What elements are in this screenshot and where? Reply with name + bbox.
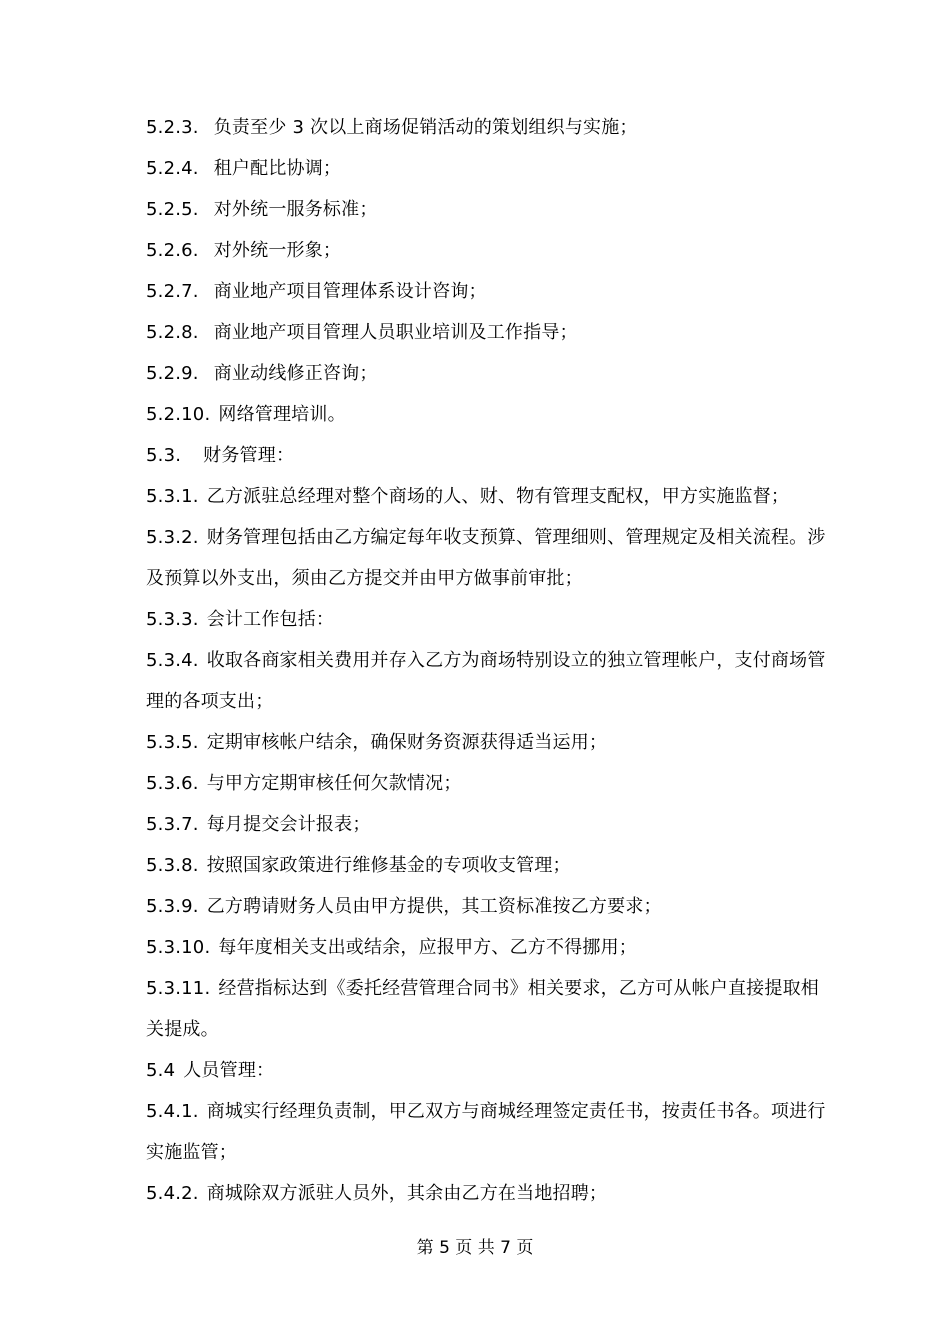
clause-number: 5.2.3. [146,117,199,138]
clause-5-2-10: 5.2.10.网络管理培训。 [146,394,812,435]
clause-number: 5.2.8. [146,322,199,343]
clause-number: 5.3.6. [146,773,199,794]
clause-text: 对外统一形象； [214,240,341,261]
clause-text: 人员管理： [183,1060,274,1081]
document-page: 5.2.3.负责至少 3 次以上商场促销活动的策划组织与实施； 5.2.4.租户… [0,0,950,1344]
clause-text: 负责至少 3 次以上商场促销活动的策划组织与实施； [214,117,638,138]
clause-number: 5.3.9. [146,896,199,917]
clause-number: 5.3. [146,445,181,466]
clause-text: 财务管理： [203,445,294,466]
clause-text: 会计工作包括： [207,609,334,630]
clause-text: 收取各商家相关费用并存入乙方为商场特别设立的独立管理帐户，支付商场管 [207,650,826,671]
clause-number: 5.3.1. [146,486,199,507]
clause-text: 商业地产项目管理体系设计咨询； [214,281,487,302]
clause-text: 乙方派驻总经理对整个商场的人、财、物有管理支配权，甲方实施监督； [207,486,789,507]
clause-number: 5.3.2. [146,527,199,548]
clause-text: 商业地产项目管理人员职业培训及工作指导； [214,322,578,343]
clause-text: 关提成。 [146,1019,219,1040]
clause-5-3-11: 5.3.11.经营指标达到《委托经营管理合同书》相关要求，乙方可从帐户直接提取相 [146,968,812,1009]
clause-5-2-8: 5.2.8.商业地产项目管理人员职业培训及工作指导； [146,312,812,353]
clause-text: 商城实行经理负责制，甲乙双方与商城经理签定责任书，按责任书各。项进行 [207,1101,826,1122]
clause-5-3-9: 5.3.9.乙方聘请财务人员由甲方提供，其工资标准按乙方要求； [146,886,812,927]
clause-5-2-6: 5.2.6.对外统一形象； [146,230,812,271]
clause-number: 5.4.2. [146,1183,199,1204]
clause-5-4-1-continued: 实施监管； [146,1132,812,1173]
clause-text: 及预算以外支出，须由乙方提交并由甲方做事前审批； [146,568,583,589]
clause-5-3: 5.3.财务管理： [146,435,812,476]
clause-5-3-3: 5.3.3.会计工作包括： [146,599,812,640]
clause-text: 与甲方定期审核任何欠款情况； [207,773,462,794]
clause-5-3-7: 5.3.7.每月提交会计报表； [146,804,812,845]
clause-text: 商业动线修正咨询； [214,363,378,384]
clause-5-2-3: 5.2.3.负责至少 3 次以上商场促销活动的策划组织与实施； [146,107,812,148]
page-number-footer: 第 5 页 共 7 页 [0,1236,950,1260]
clause-text: 租户配比协调； [214,158,341,179]
clause-text: 每月提交会计报表； [207,814,371,835]
clause-number: 5.3.3. [146,609,199,630]
clause-5-3-1: 5.3.1.乙方派驻总经理对整个商场的人、财、物有管理支配权，甲方实施监督； [146,476,812,517]
clause-5-3-5: 5.3.5.定期审核帐户结余，确保财务资源获得适当运用； [146,722,812,763]
clause-text: 按照国家政策进行维修基金的专项收支管理； [207,855,571,876]
clause-text: 对外统一服务标准； [214,199,378,220]
clause-number: 5.2.7. [146,281,199,302]
clause-number: 5.4.1. [146,1101,199,1122]
clause-text: 理的各项支出； [146,691,273,712]
clause-number: 5.2.4. [146,158,199,179]
clause-5-2-7: 5.2.7.商业地产项目管理体系设计咨询； [146,271,812,312]
clause-5-3-11-continued: 关提成。 [146,1009,812,1050]
clause-5-3-10: 5.3.10.每年度相关支出或结余，应报甲方、乙方不得挪用； [146,927,812,968]
clause-5-4-1: 5.4.1.商城实行经理负责制，甲乙双方与商城经理签定责任书，按责任书各。项进行 [146,1091,812,1132]
clause-number: 5.3.8. [146,855,199,876]
clause-5-4-2: 5.4.2.商城除双方派驻人员外，其余由乙方在当地招聘； [146,1173,812,1214]
clause-number: 5.3.4. [146,650,199,671]
clause-number: 5.3.7. [146,814,199,835]
clause-5-3-8: 5.3.8.按照国家政策进行维修基金的专项收支管理； [146,845,812,886]
clause-5-3-4-continued: 理的各项支出； [146,681,812,722]
clause-5-2-5: 5.2.5.对外统一服务标准； [146,189,812,230]
clause-number: 5.3.10. [146,937,210,958]
contract-body: 5.2.3.负责至少 3 次以上商场促销活动的策划组织与实施； 5.2.4.租户… [146,107,812,1214]
clause-number: 5.2.6. [146,240,199,261]
clause-text: 定期审核帐户结余，确保财务资源获得适当运用； [207,732,607,753]
clause-text: 商城除双方派驻人员外，其余由乙方在当地招聘； [207,1183,607,1204]
clause-number: 5.4 [146,1060,175,1081]
clause-number: 5.2.10. [146,404,210,425]
clause-text: 乙方聘请财务人员由甲方提供，其工资标准按乙方要求； [207,896,662,917]
clause-5-2-4: 5.2.4.租户配比协调； [146,148,812,189]
clause-number: 5.3.5. [146,732,199,753]
clause-text: 经营指标达到《委托经营管理合同书》相关要求，乙方可从帐户直接提取相 [218,978,819,999]
clause-5-3-4: 5.3.4.收取各商家相关费用并存入乙方为商场特别设立的独立管理帐户，支付商场管 [146,640,812,681]
clause-5-3-2: 5.3.2.财务管理包括由乙方编定每年收支预算、管理细则、管理规定及相关流程。涉 [146,517,812,558]
clause-text: 每年度相关支出或结余，应报甲方、乙方不得挪用； [218,937,637,958]
clause-5-3-6: 5.3.6.与甲方定期审核任何欠款情况； [146,763,812,804]
clause-text: 财务管理包括由乙方编定每年收支预算、管理细则、管理规定及相关流程。涉 [207,527,826,548]
clause-5-4: 5.4人员管理： [146,1050,812,1091]
clause-text: 网络管理培训。 [218,404,345,425]
clause-text: 实施监管； [146,1142,237,1163]
clause-number: 5.3.11. [146,978,210,999]
clause-number: 5.2.9. [146,363,199,384]
clause-5-3-2-continued: 及预算以外支出，须由乙方提交并由甲方做事前审批； [146,558,812,599]
clause-5-2-9: 5.2.9.商业动线修正咨询； [146,353,812,394]
clause-number: 5.2.5. [146,199,199,220]
